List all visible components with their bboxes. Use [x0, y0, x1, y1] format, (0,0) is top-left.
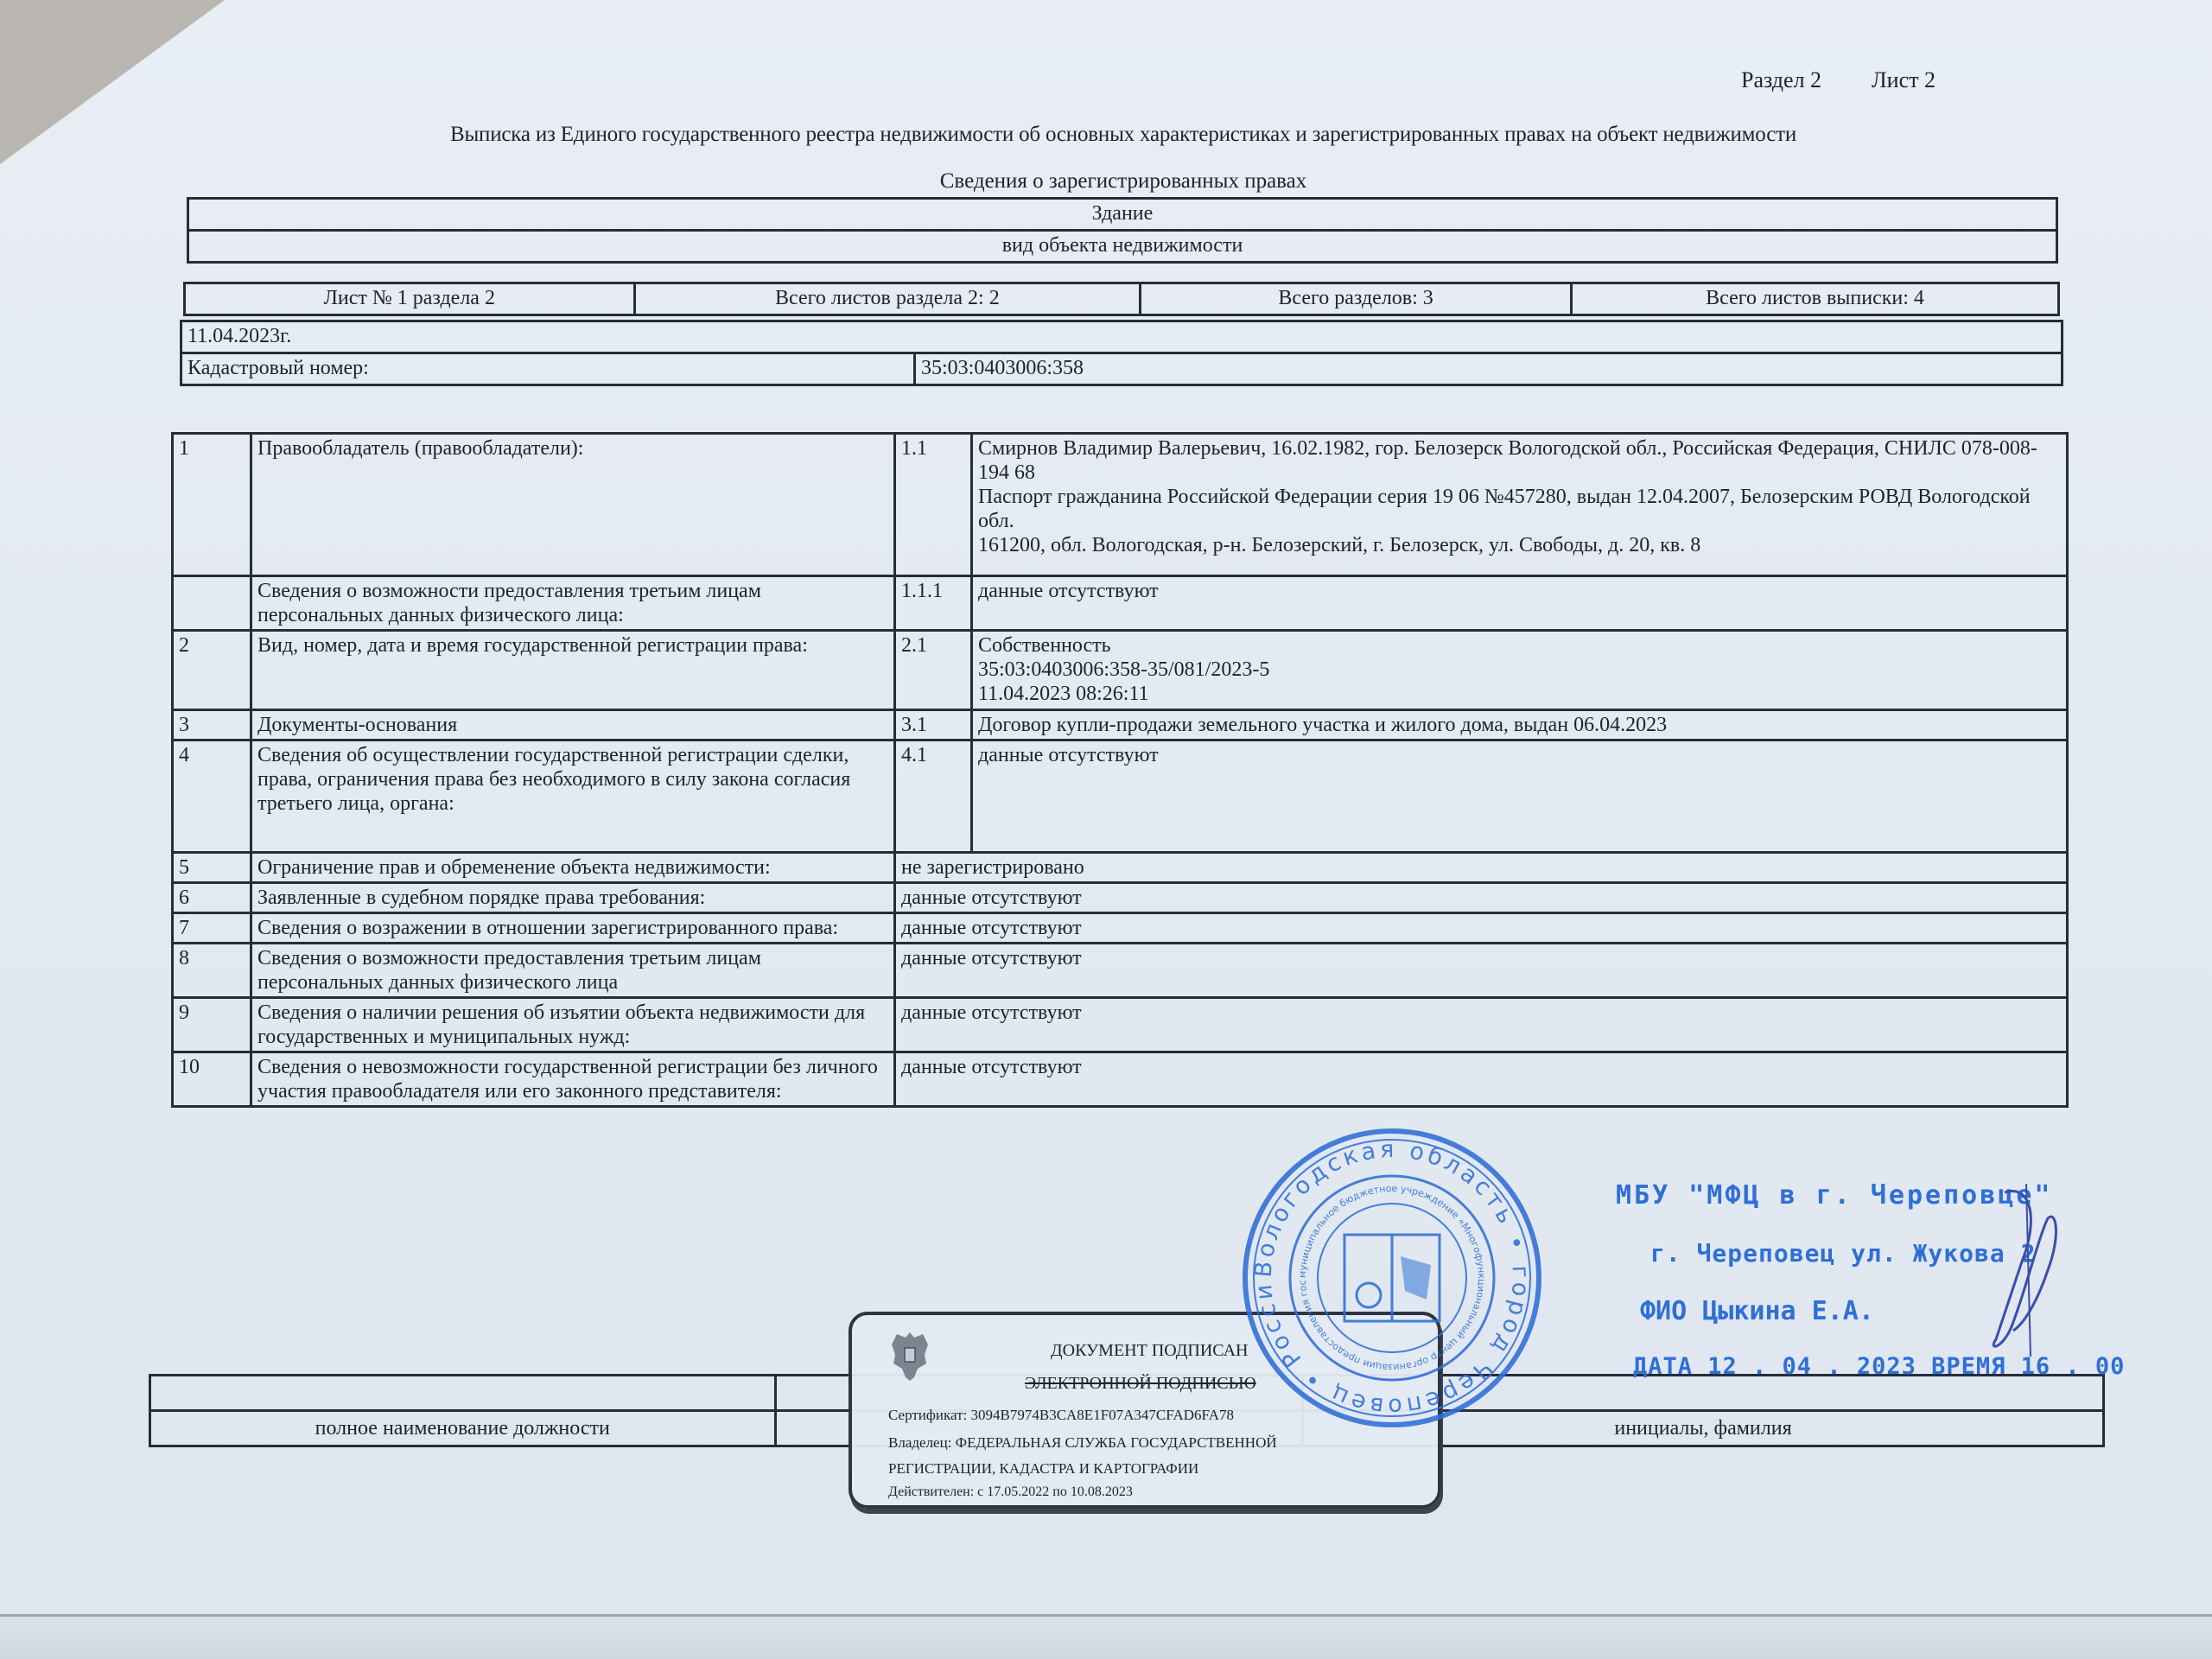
row-subnumber: 1.1: [895, 434, 972, 576]
table-row: Сведения о возможности предоставления тр…: [173, 576, 2068, 631]
row-number: 8: [173, 944, 251, 998]
document: Раздел 2 Лист 2 Выписка из Единого госуд…: [0, 0, 2212, 1659]
mfc-datetime: ДАТА 12 . 04 . 2023 ВРЕМЯ 16 . 00: [1633, 1353, 2125, 1380]
row-number: 1: [173, 434, 251, 576]
row-subnumber: 1.1.1: [895, 576, 972, 631]
table-row: 7 Сведения о возражении в отношении заре…: [173, 913, 2068, 944]
cadastral-label: Кадастровый номер:: [181, 353, 915, 385]
row-label: Сведения о невозможности государственной…: [251, 1052, 895, 1107]
registration-number: 35:03:0403006:358-35/081/2023-5: [978, 658, 2061, 682]
holder-address: 161200, обл. Вологодская, р-н. Белозерск…: [978, 533, 2061, 557]
row-number: 6: [173, 883, 251, 913]
table-row: 2 Вид, номер, дата и время государственн…: [173, 631, 2068, 710]
row-label: Сведения об осуществлении государственно…: [251, 741, 895, 853]
mfc-officer: ФИО Цыкина Е.А.: [1640, 1296, 1874, 1326]
table-row: 4 Сведения об осуществлении государствен…: [173, 741, 2068, 853]
row-label: Ограничение прав и обременение объекта н…: [251, 853, 895, 883]
registration-datetime: 11.04.2023 08:26:11: [978, 682, 2061, 706]
row-number: 7: [173, 913, 251, 944]
cadastral-table: 11.04.2023г. Кадастровый номер: 35:03:04…: [180, 320, 2063, 386]
row-label: Документы-основания: [251, 710, 895, 741]
cadastral-number: 35:03:0403006:358: [915, 353, 2063, 385]
row-value: данные отсутствуют: [895, 944, 2068, 998]
row-number: 4: [173, 741, 251, 853]
document-subtitle: Сведения о зарегистрированных правах: [0, 169, 2212, 194]
table-row: 6 Заявленные в судебном порядке права тр…: [173, 883, 2068, 913]
right-type: Собственность: [978, 633, 2061, 658]
table-row: 5 Ограничение прав и обременение объекта…: [173, 853, 2068, 883]
row-value: данные отсутствуют: [895, 1052, 2068, 1107]
row-number: 10: [173, 1052, 251, 1107]
row-number: [173, 576, 251, 631]
row-subnumber: 3.1: [895, 710, 972, 741]
row-value: данные отсутствуют: [972, 741, 2068, 853]
row-value: данные отсутствуют: [895, 998, 2068, 1052]
position-caption: полное наименование должности: [150, 1411, 776, 1446]
holder-info: Смирнов Владимир Валерьевич, 16.02.1982,…: [978, 436, 2061, 485]
object-type-caption: вид объекта недвижимости: [188, 231, 2057, 263]
table-row: 8 Сведения о возможности предоставления …: [173, 944, 2068, 998]
section-label: Раздел 2: [1741, 67, 1821, 93]
row-label: Сведения о возможности предоставления тр…: [251, 944, 895, 998]
sheet-label: Лист 2: [1872, 67, 1935, 93]
certificate-id: Сертификат: 3094B7974B3CA8E1F07A347CFAD6…: [888, 1407, 1234, 1424]
position-field: [150, 1376, 776, 1411]
row-label: Сведения о возможности предоставления тр…: [251, 576, 895, 631]
table-row: 9 Сведения о наличии решения об изъятии …: [173, 998, 2068, 1052]
certificate-owner-cont: РЕГИСТРАЦИИ, КАДАСТРА И КАРТОГРАФИИ: [888, 1460, 1198, 1478]
row-label: Вид, номер, дата и время государственной…: [251, 631, 895, 710]
extract-date: 11.04.2023г.: [181, 321, 2063, 353]
object-type-value: Здание: [188, 199, 2057, 231]
sheet-number: Лист № 1 раздела 2: [185, 283, 635, 315]
row-value: данные отсутствуют: [895, 913, 2068, 944]
signed-title: ДОКУМЕНТ ПОДПИСАН: [1051, 1341, 1249, 1361]
page-marker: Раздел 2 Лист 2: [1741, 67, 1935, 93]
row-number: 3: [173, 710, 251, 741]
total-sections: Всего разделов: 3: [1141, 283, 1572, 315]
object-type-table: Здание вид объекта недвижимости: [187, 197, 2058, 264]
total-sheets: Всего листов выписки: 4: [1572, 283, 2059, 315]
row-value: не зарегистрировано: [895, 853, 2068, 883]
row-label: Заявленные в судебном порядке права треб…: [251, 883, 895, 913]
round-seal-stamp: Вологодская область • город Череповец • …: [1241, 1127, 1543, 1429]
row-value: Собственность 35:03:0403006:358-35/081/2…: [972, 631, 2068, 710]
row-subnumber: 4.1: [895, 741, 972, 853]
table-row: 3 Документы-основания 3.1 Договор купли-…: [173, 710, 2068, 741]
row-value: данные отсутствуют: [895, 883, 2068, 913]
row-number: 9: [173, 998, 251, 1052]
coat-of-arms-icon: [888, 1329, 931, 1382]
row-subnumber: 2.1: [895, 631, 972, 710]
document-title: Выписка из Единого государственного реес…: [0, 123, 2212, 147]
table-row: 10 Сведения о невозможности государствен…: [173, 1052, 2068, 1107]
row-number: 2: [173, 631, 251, 710]
holder-passport: Паспорт гражданина Российской Федерации …: [978, 485, 2061, 533]
row-label: Сведения о возражении в отношении зареги…: [251, 913, 895, 944]
certificate-validity: Действителен: с 17.05.2022 по 10.08.2023: [888, 1484, 1133, 1500]
row-value: данные отсутствуют: [972, 576, 2068, 631]
certificate-owner: Владелец: ФЕДЕРАЛЬНАЯ СЛУЖБА ГОСУДАРСТВЕ…: [888, 1434, 1277, 1452]
sheets-info-table: Лист № 1 раздела 2 Всего листов раздела …: [183, 282, 2060, 316]
signed-subtitle: ЭЛЕКТРОННОЙ ПОДПИСЬЮ: [1025, 1374, 1256, 1394]
row-label: Правообладатель (правообладатели):: [251, 434, 895, 576]
row-number: 5: [173, 853, 251, 883]
row-label: Сведения о наличии решения об изъятии об…: [251, 998, 895, 1052]
handwritten-signature: [1979, 1184, 2074, 1357]
section-sheet-count: Всего листов раздела 2: 2: [634, 283, 1141, 315]
table-row: 1 Правообладатель (правообладатели): 1.1…: [173, 434, 2068, 576]
row-value: Договор купли-продажи земельного участка…: [972, 710, 2068, 741]
rights-table: 1 Правообладатель (правообладатели): 1.1…: [171, 432, 2069, 1108]
row-value: Смирнов Владимир Валерьевич, 16.02.1982,…: [972, 434, 2068, 576]
